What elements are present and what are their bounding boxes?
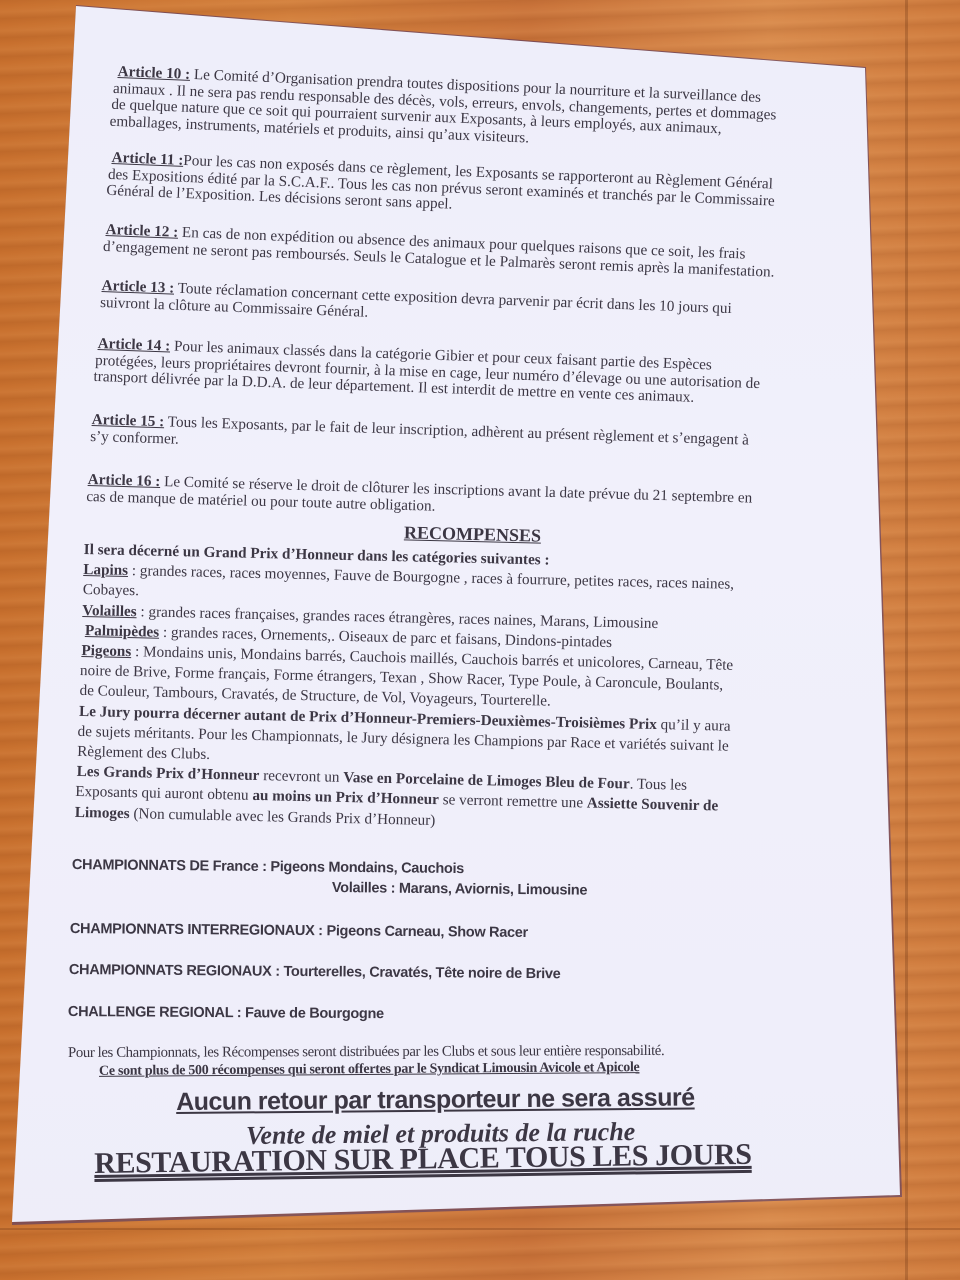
document-page: Article 10 : Le Comité d’Organisation pr… <box>0 0 960 1280</box>
distribution-note: Pour les Championnats, les Récompenses s… <box>68 1043 664 1062</box>
article-14: Article 14 : Pour les animaux classés da… <box>96 336 761 409</box>
article-16: Article 16 : Le Comité se réserve le dro… <box>87 472 752 524</box>
no-return-notice: Aucun retour par transporteur ne sera as… <box>176 1083 695 1117</box>
championnat-interregionaux: CHAMPIONNATS INTERREGIONAUX : Pigeons Ca… <box>70 920 528 942</box>
championnat-france: CHAMPIONNATS DE France : Pigeons Mondain… <box>72 856 464 878</box>
article-13: Article 13 : Toute réclamation concernan… <box>101 278 732 334</box>
recompenses-body: Il sera décerné un Grand Prix d’Honneur … <box>78 540 736 838</box>
challenge-regional: CHALLENGE REGIONAL : Fauve de Bourgogne <box>68 1003 384 1023</box>
article-12: Article 12 : En cas de non expédition ou… <box>105 222 776 281</box>
article-10: Article 10 : Le Comité d’Organisation pr… <box>115 64 777 156</box>
recompenses-heading: RECOMPENSES <box>404 522 542 546</box>
offered-note: Ce sont plus de 500 récompenses qui sero… <box>99 1060 640 1080</box>
championnat-regionaux: CHAMPIONNATS REGIONAUX : Tourterelles, C… <box>69 961 561 983</box>
article-15: Article 15 : Tous les Exposants, par le … <box>91 412 749 466</box>
restauration-notice: RESTAURATION SUR PLACE TOUS LES JOURS <box>94 1138 752 1181</box>
championnat-france-volailles: Volailles : Marans, Aviornis, Limousine <box>332 879 587 900</box>
article-11: Article 11 :Pour les cas non exposés dan… <box>110 150 776 226</box>
